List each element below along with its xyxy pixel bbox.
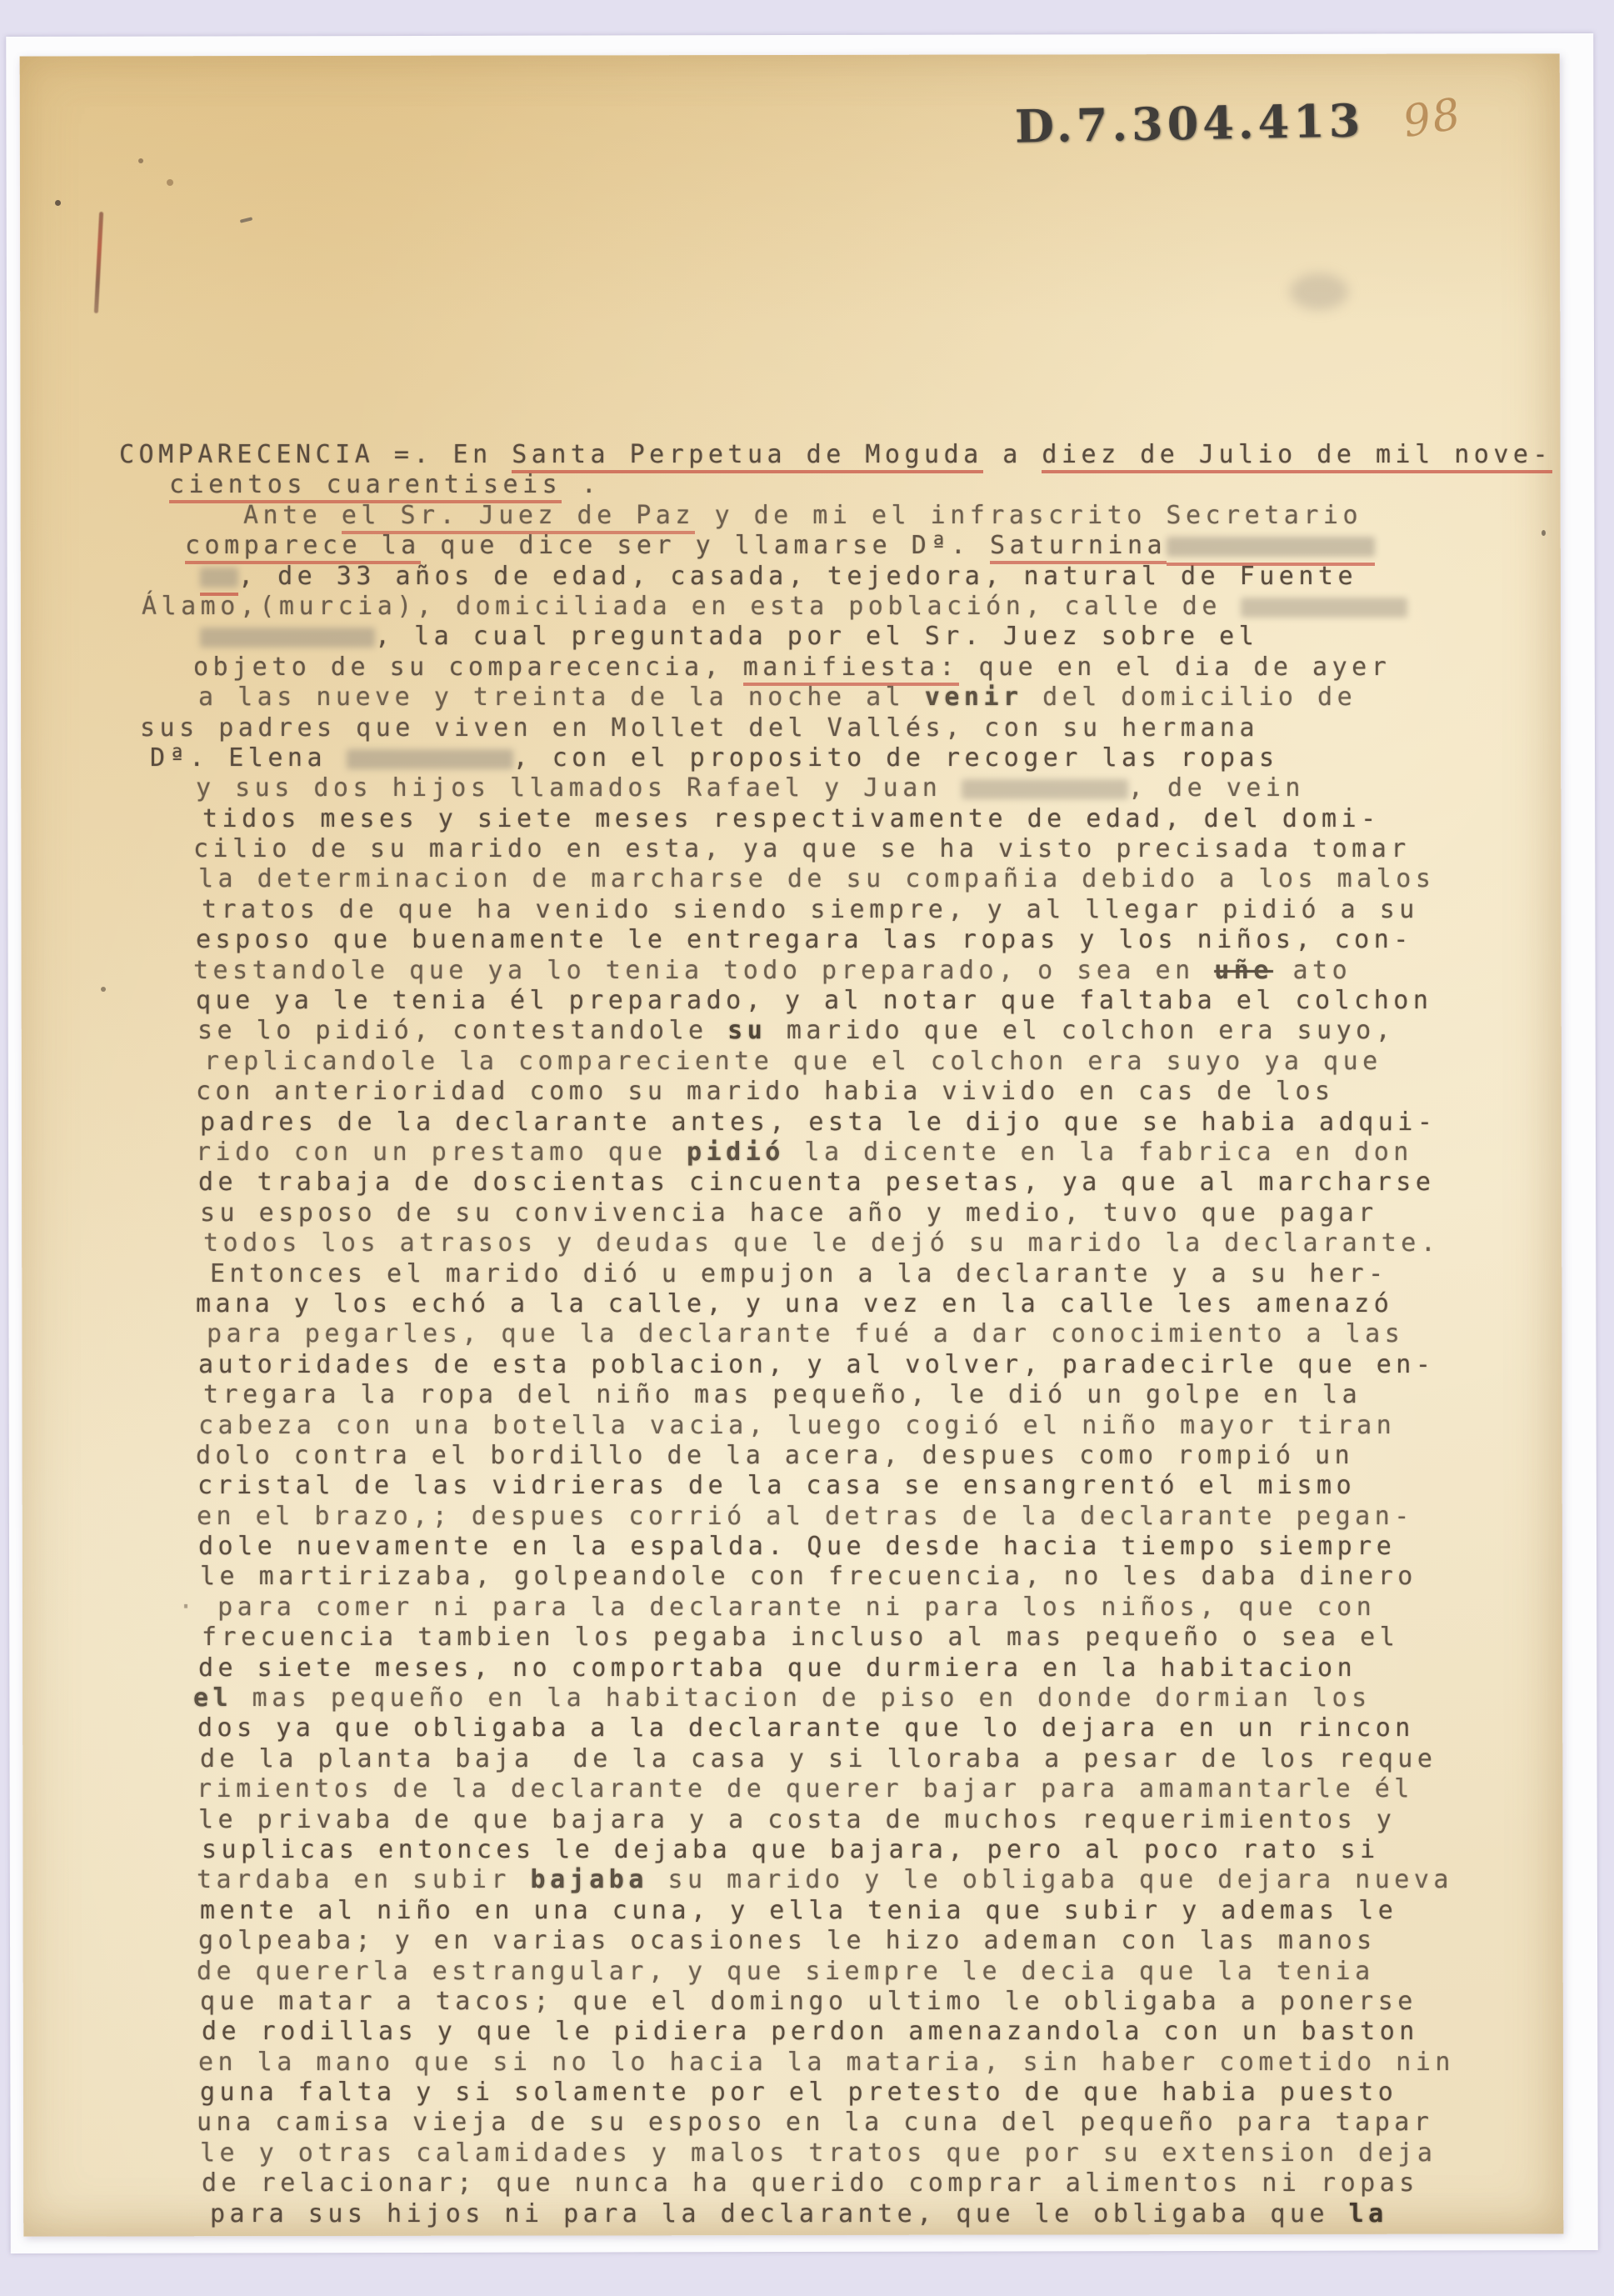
typewritten-line: de siete meses, no comportaba que durmie…: [198, 1653, 1569, 1683]
text-segment: dole nuevamente en la espalda. Que desde…: [198, 1532, 1396, 1561]
text-segment: la determinacion de marcharse de su comp…: [198, 864, 1435, 893]
text-segment: del domicilio de: [1023, 683, 1357, 712]
text-segment: Entonces el marido dió u empujon a la de…: [210, 1259, 1388, 1288]
text-segment: cilio de su marido en esta, ya que se ha…: [193, 834, 1411, 863]
typewritten-line: cientos cuarentiseis .: [169, 470, 1569, 500]
text-segment: testandole que ya lo tenia todo preparad…: [193, 956, 1214, 985]
reference-stamp: D.7.304.413: [1014, 93, 1364, 153]
typewritten-line: se lo pidió, contestandole su marido que…: [197, 1016, 1569, 1046]
text-segment: de siete meses, no comportaba que durmie…: [198, 1653, 1357, 1683]
text-segment: cristal de las vidrieras de la casa se e…: [197, 1471, 1356, 1500]
stamp-smudge: [1290, 273, 1348, 310]
typewritten-line: tregara la ropa del niño mas pequeño, le…: [203, 1380, 1569, 1410]
text-segment: de relacionar; que nunca ha querido comp…: [202, 2168, 1419, 2198]
text-segment: en la mano que si no lo hacia la mataria…: [198, 2048, 1455, 2077]
typewritten-line: dos ya que obligaba a la declarante que …: [197, 1713, 1569, 1743]
text-segment: a las nueve y treinta de la noche al: [198, 683, 925, 712]
text-segment: de rodillas y que le pidiera perdon amen…: [202, 2017, 1419, 2046]
typewritten-line: que ya le tenia él preparado, y al notar…: [196, 986, 1569, 1016]
text-segment: , de vein: [1128, 773, 1305, 803]
text-segment: objeto de su comparecencia,: [193, 653, 743, 682]
text-segment: Ante: [243, 501, 342, 530]
text-segment: comparece la: [185, 531, 421, 564]
text-segment: para sus hijos ni para la declarante, qu…: [210, 2199, 1349, 2228]
text-segment: que matar a tacos; que el domingo ultimo…: [200, 1987, 1417, 2016]
typewritten-line: tardaba en subir bajaba su marido y le o…: [197, 1865, 1569, 1895]
text-segment: el: [193, 1683, 232, 1713]
redacted-text: [962, 773, 1128, 803]
text-segment: la: [1349, 2199, 1388, 2228]
page-number-handwritten: 98: [1400, 89, 1466, 148]
text-segment: su esposo de su convivencia hace año y m…: [200, 1198, 1378, 1228]
typewritten-line: de la planta baja de la casa y si llorab…: [200, 1744, 1569, 1774]
text-segment: su marido y le obligaba que dejara nueva: [648, 1865, 1453, 1894]
text-segment: tratos de que ha venido siendo siempre, …: [202, 895, 1419, 924]
typewritten-line: sus padres que viven en Mollet del Vallé…: [140, 713, 1569, 743]
text-segment: esposo que buenamente le entregara las r…: [196, 925, 1413, 954]
typewritten-line: objeto de su comparecencia, manifiesta: …: [193, 653, 1569, 683]
text-segment: que dice ser y llamarse Dª.: [421, 531, 990, 560]
text-segment: manifiesta:: [743, 653, 959, 686]
text-segment: le y otras calamidades y malos tratos qu…: [200, 2138, 1437, 2168]
text-segment: tardaba en subir: [197, 1865, 531, 1894]
text-segment: el Sr. Juez de Paz: [342, 501, 695, 534]
text-segment: para pegarles, que la declarante fué a d…: [207, 1319, 1404, 1348]
text-segment: golpeaba; y en varias ocasiones le hizo …: [198, 1926, 1377, 1955]
text-segment: padres de la declarante antes, esta le d…: [200, 1108, 1437, 1137]
typewritten-line: · para comer ni para la declarante ni pa…: [178, 1593, 1569, 1623]
text-segment: que ya le tenia él preparado, y al notar…: [196, 986, 1432, 1015]
typewritten-line: autoridades de esta poblacion, y al volv…: [198, 1350, 1569, 1380]
text-segment: le privaba de que bajara y a costa de mu…: [198, 1805, 1396, 1834]
typewritten-line: , la cual preguntada por el Sr. Juez sob…: [200, 622, 1569, 652]
typewritten-line: dolo contra el bordillo de la acera, des…: [196, 1441, 1569, 1471]
text-segment: con anterioridad como su marido habia vi…: [196, 1077, 1335, 1106]
typewritten-line: testandole que ya lo tenia todo preparad…: [193, 956, 1569, 986]
text-segment: frecuencia tambien los pegaba incluso al…: [202, 1623, 1399, 1652]
typewritten-line: , de 33 años de edad, casada, tejedora, …: [200, 562, 1569, 592]
text-segment: suplicas entonces le dejaba que bajara, …: [202, 1835, 1380, 1864]
typewritten-line: comparece la que dice ser y llamarse Dª.…: [185, 531, 1569, 561]
text-segment: a: [983, 440, 1042, 469]
redacted-text: [1167, 531, 1375, 565]
text-segment: la dicente en la fabrica en don: [785, 1138, 1413, 1167]
typewritten-line: Dª. Elena , con el proposito de recoger …: [150, 743, 1569, 773]
typewritten-line: de rodillas y que le pidiera perdon amen…: [202, 2017, 1569, 2047]
typewritten-line: le martirizaba, golpeandole con frecuenc…: [200, 1562, 1569, 1592]
paper-speck: [138, 158, 143, 163]
text-segment: de quererla estrangular, y que siempre l…: [197, 1957, 1375, 1986]
text-segment: autoridades de esta poblacion, y al volv…: [198, 1350, 1435, 1379]
text-segment: dolo contra el bordillo de la acera, des…: [196, 1441, 1354, 1470]
typewritten-line: dole nuevamente en la espalda. Que desde…: [198, 1532, 1569, 1562]
typewritten-line: rido con un prestamo que pidió la dicent…: [196, 1138, 1569, 1168]
text-segment: diez de Julio de mil nove-: [1042, 440, 1552, 473]
text-segment: cientos cuarentiseis: [169, 470, 562, 503]
typewritten-line: Entonces el marido dió u empujon a la de…: [210, 1259, 1569, 1289]
typewritten-line: tratos de que ha venido siendo siempre, …: [202, 895, 1569, 925]
text-segment: sus padres que viven en Mollet del Vallé…: [140, 713, 1259, 743]
typewritten-line: con anterioridad como su marido habia vi…: [196, 1077, 1569, 1107]
typewritten-line: una camisa vieja de su esposo en la cuna…: [197, 2108, 1569, 2138]
typewritten-line: cilio de su marido en esta, ya que se ha…: [193, 834, 1569, 864]
text-segment: , de 33 años de edad, casada, tejedora, …: [238, 562, 1357, 591]
text-segment: le martirizaba, golpeandole con frecuenc…: [200, 1562, 1417, 1591]
text-segment: mente al niño en una cuna, y ella tenia …: [200, 1896, 1397, 1925]
text-segment: una camisa vieja de su esposo en la cuna…: [197, 2108, 1433, 2137]
text-segment: todos los atrasos y deudas que le dejó s…: [203, 1228, 1440, 1258]
typewritten-line: le privaba de que bajara y a costa de mu…: [198, 1805, 1569, 1835]
text-segment: rimientos de la declarante de querer baj…: [197, 1774, 1414, 1803]
typewritten-line: su esposo de su convivencia hace año y m…: [200, 1198, 1569, 1228]
text-segment: ·: [178, 1593, 217, 1622]
typewritten-line: a las nueve y treinta de la noche al ven…: [198, 683, 1569, 713]
text-segment: en el brazo,; despues corrió al detras d…: [197, 1502, 1414, 1531]
text-segment: su: [727, 1016, 767, 1045]
text-segment: que en el dia de ayer: [959, 653, 1391, 682]
typewritten-line: de trabaja de doscientas cincuenta peset…: [198, 1168, 1569, 1198]
text-segment: ato: [1273, 956, 1352, 985]
text-segment: guna falta y si solamente por el pretest…: [200, 2078, 1397, 2107]
scanned-document-page: { "page": { "reference_stamp": "D.7.304.…: [0, 0, 1614, 2296]
typewritten-line: suplicas entonces le dejaba que bajara, …: [202, 1835, 1569, 1865]
typewritten-line: guna falta y si solamente por el pretest…: [200, 2078, 1569, 2108]
text-segment: pidió: [687, 1138, 785, 1167]
redacted-text: [200, 562, 238, 596]
typewritten-line: Ante el Sr. Juez de Paz y de mi el infra…: [243, 501, 1569, 531]
typewritten-line: rimientos de la declarante de querer baj…: [197, 1774, 1569, 1804]
text-segment: Dª. Elena: [150, 743, 347, 773]
text-segment: para comer ni para la declarante ni para…: [217, 1593, 1376, 1622]
text-segment: replicandole la compareciente que el col…: [204, 1047, 1382, 1076]
text-segment: .: [562, 470, 601, 499]
text-segment: de la planta baja de la casa y si llorab…: [200, 1744, 1437, 1773]
text-segment: Álamo,(murcia), domiciliada en esta pobl…: [142, 592, 1241, 621]
typewritten-line: cabeza con una botella vacia, luego cogi…: [198, 1411, 1569, 1441]
text-segment: , la cual preguntada por el Sr. Juez sob…: [375, 622, 1258, 651]
redacted-text: [1241, 592, 1407, 622]
typewritten-line: mente al niño en una cuna, y ella tenia …: [200, 1896, 1569, 1926]
text-segment: bajaba: [531, 1865, 648, 1894]
margin-dot: [55, 200, 61, 206]
typewritten-line: replicandole la compareciente que el col…: [204, 1047, 1569, 1077]
typewritten-text-block: COMPARECENCIA =. En Santa Perpetua de Mo…: [119, 440, 1569, 2229]
text-segment: se lo pidió, contestandole: [197, 1016, 727, 1045]
typewritten-line: para pegarles, que la declarante fué a d…: [207, 1319, 1569, 1349]
text-segment: tregara la ropa del niño mas pequeño, le…: [203, 1380, 1362, 1409]
typewritten-line: le y otras calamidades y malos tratos qu…: [200, 2138, 1569, 2168]
typewritten-line: en el brazo,; despues corrió al detras d…: [197, 1502, 1569, 1532]
text-segment: marido que el colchon era suyo,: [767, 1016, 1395, 1045]
redacted-text: [200, 622, 375, 652]
text-segment: dos ya que obligaba a la declarante que …: [197, 1713, 1415, 1743]
typewritten-line: en la mano que si no lo hacia la mataria…: [198, 2048, 1569, 2078]
typewritten-line: tidos meses y siete meses respectivament…: [202, 804, 1569, 834]
paper-speck: [101, 987, 106, 992]
typewritten-line: Álamo,(murcia), domiciliada en esta pobl…: [142, 592, 1569, 622]
text-segment: venir: [925, 683, 1023, 712]
text-segment: tidos meses y siete meses respectivament…: [202, 804, 1381, 833]
typewritten-line: esposo que buenamente le entregara las r…: [196, 925, 1569, 955]
text-segment: mas pequeño en la habitacion de piso en …: [232, 1683, 1372, 1713]
typewritten-line: cristal de las vidrieras de la casa se e…: [197, 1471, 1569, 1501]
typewritten-line: de quererla estrangular, y que siempre l…: [197, 1957, 1569, 1987]
text-segment: y de mi el infrascrito Secretario: [695, 501, 1362, 530]
text-segment: mana y los echó a la calle, y una vez en…: [196, 1289, 1393, 1318]
text-segment: cabeza con una botella vacia, luego cogi…: [198, 1411, 1396, 1440]
text-segment: , con el proposito de recoger las ropas: [513, 743, 1279, 773]
text-segment: rido con un prestamo que: [196, 1138, 687, 1167]
typewritten-line: COMPARECENCIA =. En Santa Perpetua de Mo…: [119, 440, 1569, 470]
typewritten-line: padres de la declarante antes, esta le d…: [200, 1108, 1569, 1138]
typewritten-line: mana y los echó a la calle, y una vez en…: [196, 1289, 1569, 1319]
text-segment: de trabaja de doscientas cincuenta peset…: [198, 1168, 1435, 1197]
typewritten-line: y sus dos hijos llamados Rafael y Juan ,…: [196, 773, 1569, 803]
typewritten-line: todos los atrasos y deudas que le dejó s…: [203, 1228, 1569, 1258]
typewritten-line: golpeaba; y en varias ocasiones le hizo …: [198, 1926, 1569, 1956]
text-segment: y sus dos hijos llamados Rafael y Juan: [196, 773, 962, 803]
typewritten-line: para sus hijos ni para la declarante, qu…: [210, 2199, 1569, 2229]
paper-speck: [167, 179, 173, 186]
text-segment: COMPARECENCIA =. En: [119, 440, 512, 469]
typewritten-line: la determinacion de marcharse de su comp…: [198, 864, 1569, 894]
redacted-text: [347, 743, 513, 773]
text-segment: Saturnina: [990, 531, 1167, 564]
text-segment: uñe: [1214, 956, 1273, 985]
typewritten-line: el mas pequeño en la habitacion de piso …: [193, 1683, 1569, 1713]
typewritten-line: de relacionar; que nunca ha querido comp…: [202, 2168, 1569, 2198]
typewritten-line: frecuencia tambien los pegaba incluso al…: [202, 1623, 1569, 1653]
typewritten-line: que matar a tacos; que el domingo ultimo…: [200, 1987, 1569, 2017]
text-segment: Santa Perpetua de Moguda: [512, 440, 982, 473]
